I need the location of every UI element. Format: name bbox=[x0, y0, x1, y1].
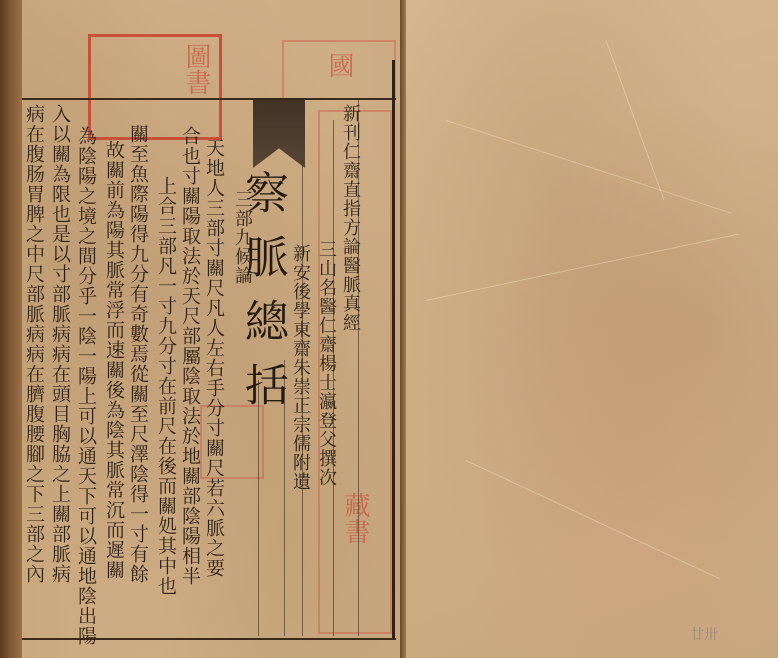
body-column-2: 合也寸關陽取法於天尺部屬陰取法於地關部陰陽相半 bbox=[180, 126, 200, 586]
book-spread: 圖書 國 藏書 新刊仁齋直指方論醫脈真經 三山名醫仁齋楊士瀛登父撰次 新安後學東… bbox=[0, 0, 778, 658]
pencil-note: 廿卅 bbox=[690, 624, 718, 644]
paper-crease bbox=[466, 460, 720, 579]
body-column-5: 故關前為陽其脈常浮而速關後為陰其脈常沉而遲關 bbox=[104, 140, 124, 580]
body-column-1: 天地人三部寸關尺凡人左右手分寸關尺若六脈之要 bbox=[204, 138, 224, 578]
paper-crease bbox=[446, 120, 732, 214]
right-page-flyleaf bbox=[406, 0, 778, 658]
section-heading: 三部九候論 bbox=[232, 190, 252, 285]
seal-glyph: 圖書 bbox=[181, 43, 211, 95]
body-column-8: 病在腹肠胃脾之中尺部脈病病在臍腹腰腳之下三部之內 bbox=[24, 104, 44, 584]
author-column-2: 新安後學東齋朱崇正宗儒附遺 bbox=[290, 244, 310, 491]
chapter-title: 察脈總括 bbox=[252, 170, 272, 426]
author-column-1: 三山名醫仁齋楊士瀛登父撰次 bbox=[316, 240, 336, 487]
paper-crease bbox=[606, 40, 665, 200]
body-column-3: 上合三部凡一寸九分寸在前尺在後而關処其中也 bbox=[156, 176, 176, 596]
body-column-4: 關至魚際陽得九分有奇數焉從關至尺澤陰得一寸有餘 bbox=[128, 124, 148, 584]
body-column-6: 為陰陽之境之間分乎一陰一陽上可以通天下可以通地陰出陽 bbox=[76, 126, 96, 646]
paper-crease bbox=[426, 233, 739, 301]
seal-glyph: 國 bbox=[324, 52, 354, 78]
spine-edge bbox=[0, 0, 22, 658]
left-page: 圖書 國 藏書 新刊仁齋直指方論醫脈真經 三山名醫仁齋楊士瀛登父撰次 新安後學東… bbox=[0, 0, 404, 658]
headline-column: 新刊仁齋直指方論醫脈真經 bbox=[340, 104, 360, 332]
frame-right-rule bbox=[392, 60, 395, 638]
body-column-7: 入以關為限也是以寸部脈病病在頭目胸脇之上關部脈病 bbox=[50, 104, 70, 584]
seal-top-center: 國 bbox=[282, 40, 396, 100]
